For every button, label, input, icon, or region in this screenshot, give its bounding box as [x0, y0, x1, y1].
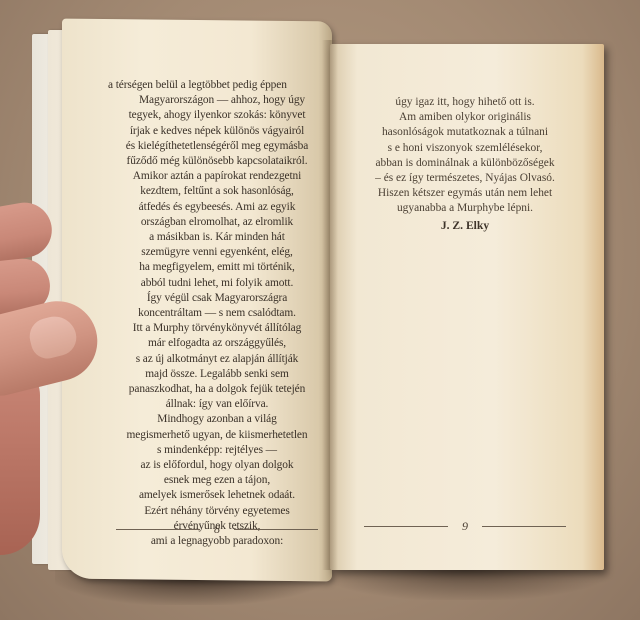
finger	[0, 198, 56, 266]
text-line: koncentráltam — s nem csalódtam.	[108, 306, 326, 321]
text-line: szemügyre venni egyenként, elég,	[108, 245, 326, 260]
text-line: Hiszen kétszer egymás után nem lehet	[345, 186, 585, 201]
text-line: megismerhető ugyan, de kiismerhetetlen	[108, 428, 326, 443]
text-line: Amikor aztán a papírokat rendezgetni	[108, 169, 326, 184]
text-line: abban is dominálnak a különbözőségek	[345, 156, 585, 171]
text-line: az is előfordul, hogy olyan dolgok	[108, 458, 326, 473]
text-line: fűződő még különösebb kapcsolataikról.	[108, 154, 326, 169]
text-line: esnek meg ezen a tájon,	[108, 473, 326, 488]
footer-rule	[364, 526, 448, 527]
page-number: 8	[214, 522, 220, 537]
text-line: a térségen belül a legtöbbet pedig éppen	[108, 78, 326, 93]
text-line: átfedés és egybeesés. Ami az egyik	[108, 200, 326, 215]
footer-rule	[482, 526, 566, 527]
text-line: panaszkodhat, ha a dolgok fejük tetején	[108, 382, 326, 397]
text-line: ugyanabba a Murphybe lépni.	[345, 201, 585, 216]
photo-scene: a térségen belül a legtöbbet pedig éppen…	[0, 0, 640, 620]
text-line: s e honi viszonyok szemlélésekor,	[345, 141, 585, 156]
left-page-text: a térségen belül a legtöbbet pedig éppen…	[108, 78, 326, 549]
right-page-footer: 9	[345, 519, 585, 534]
text-line: – és ez így természetes, Nyájas Olvasó.	[345, 171, 585, 186]
text-line: Am amiben olykor originális	[345, 110, 585, 125]
text-line: már elfogadta az országgyűlés,	[108, 336, 326, 351]
page-number: 9	[462, 519, 468, 534]
text-line: ha megfigyelem, emitt mi történik,	[108, 260, 326, 275]
text-line: tegyek, ahogy ilyenkor szokás: könyvet	[108, 108, 326, 123]
text-line: s mindenképp: rejtélyes —	[108, 443, 326, 458]
text-line: majd össze. Legalább senki sem	[108, 367, 326, 382]
text-line: Ezért néhány törvény egyetemes	[108, 504, 326, 519]
text-line: amelyek ismerősek lehetnek odaát.	[108, 488, 326, 503]
text-line: írjak e kedves népek különös vágyairól	[108, 124, 326, 139]
right-page-text: úgy igaz itt, hogy hihető ott is. Am ami…	[345, 95, 585, 217]
author-signature: J. Z. Elky	[345, 219, 585, 232]
text-line: úgy igaz itt, hogy hihető ott is.	[345, 95, 585, 110]
text-line: abból tudni lehet, mi folyik amott.	[108, 276, 326, 291]
text-line: s az új alkotmányt ez alapján állítják	[108, 352, 326, 367]
hand	[0, 195, 110, 555]
text-line: Mindhogy azonban a világ	[108, 412, 326, 427]
footer-rule	[234, 529, 318, 530]
text-line: országban elromolhat, az elromlik	[108, 215, 326, 230]
text-line: és kielégíthetetlenségéről meg egymásba	[108, 139, 326, 154]
text-line: kezdtem, feltűnt a sok hasonlóság,	[108, 184, 326, 199]
left-page-footer: 8	[112, 522, 322, 537]
text-line: Így végül csak Magyarországra	[108, 291, 326, 306]
text-line: hasonlóságok mutatkoznak a túlnani	[345, 125, 585, 140]
text-line: állnak: így van előírva.	[108, 397, 326, 412]
footer-rule	[116, 529, 200, 530]
text-line: Itt a Murphy törvénykönyvét állítólag	[108, 321, 326, 336]
text-line: a másikban is. Kár minden hát	[108, 230, 326, 245]
text-line: Magyarországon — ahhoz, hogy úgy	[108, 93, 326, 108]
